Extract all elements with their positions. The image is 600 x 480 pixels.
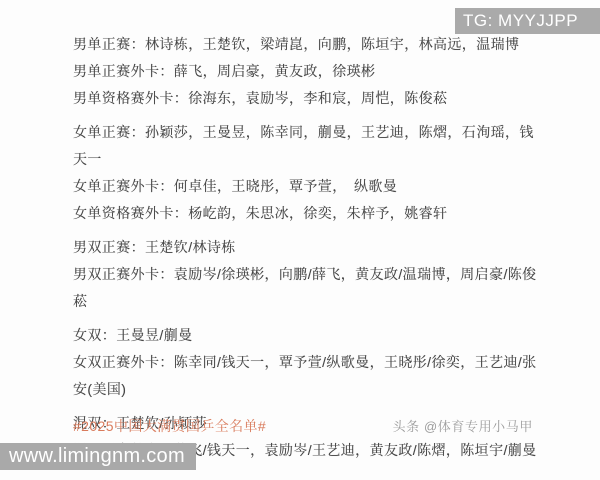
roster-line: 男单正赛外卡：薛飞，周启豪，黄友政，徐瑛彬: [73, 58, 547, 85]
hashtag-text: #2025中国大满贯国乒全名单#: [73, 416, 266, 436]
roster-text-block: 男单正赛：林诗栋，王楚钦，梁靖崑，向鹏，陈垣宇，林高远，温瑞博 男单正赛外卡：薛…: [73, 31, 547, 471]
roster-line: 男单资格赛外卡：徐海东，袁励岑，李和宸，周恺，陈俊菘: [73, 85, 547, 112]
footer-row: #2025中国大满贯国乒全名单# 头条 @体育专用小马甲: [73, 416, 533, 436]
watermark-bottom-left: www.limingnm.com: [0, 443, 196, 470]
womens-singles-group: 女单正赛：孙颖莎，王曼昱，陈幸同，蒯曼，王艺迪，陈熠，石洵瑶，钱天一 女单正赛外…: [73, 119, 547, 227]
roster-line: 男双正赛外卡：袁励岑/徐瑛彬，向鹏/薛飞，黄友政/温瑞博，周启豪/陈俊菘: [73, 261, 547, 315]
watermark-top-right: TG: MYYJJPP: [455, 8, 600, 34]
mens-singles-group: 男单正赛：林诗栋，王楚钦，梁靖崑，向鹏，陈垣宇，林高远，温瑞博 男单正赛外卡：薛…: [73, 31, 547, 112]
roster-line: 男双正赛：王楚钦/林诗栋: [73, 234, 547, 261]
roster-line: 女单正赛：孙颖莎，王曼昱，陈幸同，蒯曼，王艺迪，陈熠，石洵瑶，钱天一: [73, 119, 547, 173]
mens-doubles-group: 男双正赛：王楚钦/林诗栋 男双正赛外卡：袁励岑/徐瑛彬，向鹏/薛飞，黄友政/温瑞…: [73, 234, 547, 315]
roster-line: 女单正赛外卡：何卓佳，王晓彤，覃予萱， 纵歌曼: [73, 173, 547, 200]
roster-line: 男单正赛：林诗栋，王楚钦，梁靖崑，向鹏，陈垣宇，林高远，温瑞博: [73, 31, 547, 58]
womens-doubles-group: 女双：王曼昱/蒯曼 女双正赛外卡：陈幸同/钱天一，覃予萱/纵歌曼，王晓彤/徐奕，…: [73, 322, 547, 403]
roster-line: 女双：王曼昱/蒯曼: [73, 322, 547, 349]
roster-line: 女双正赛外卡：陈幸同/钱天一，覃予萱/纵歌曼，王晓彤/徐奕，王艺迪/张安(美国): [73, 349, 547, 403]
roster-image: 男单正赛：林诗栋，王楚钦，梁靖崑，向鹏，陈垣宇，林高远，温瑞博 男单正赛外卡：薛…: [0, 0, 600, 480]
roster-line: 女单资格赛外卡：杨屹韵，朱思冰，徐奕，朱梓予，姚睿轩: [73, 200, 547, 227]
author-credit: 头条 @体育专用小马甲: [393, 416, 533, 435]
